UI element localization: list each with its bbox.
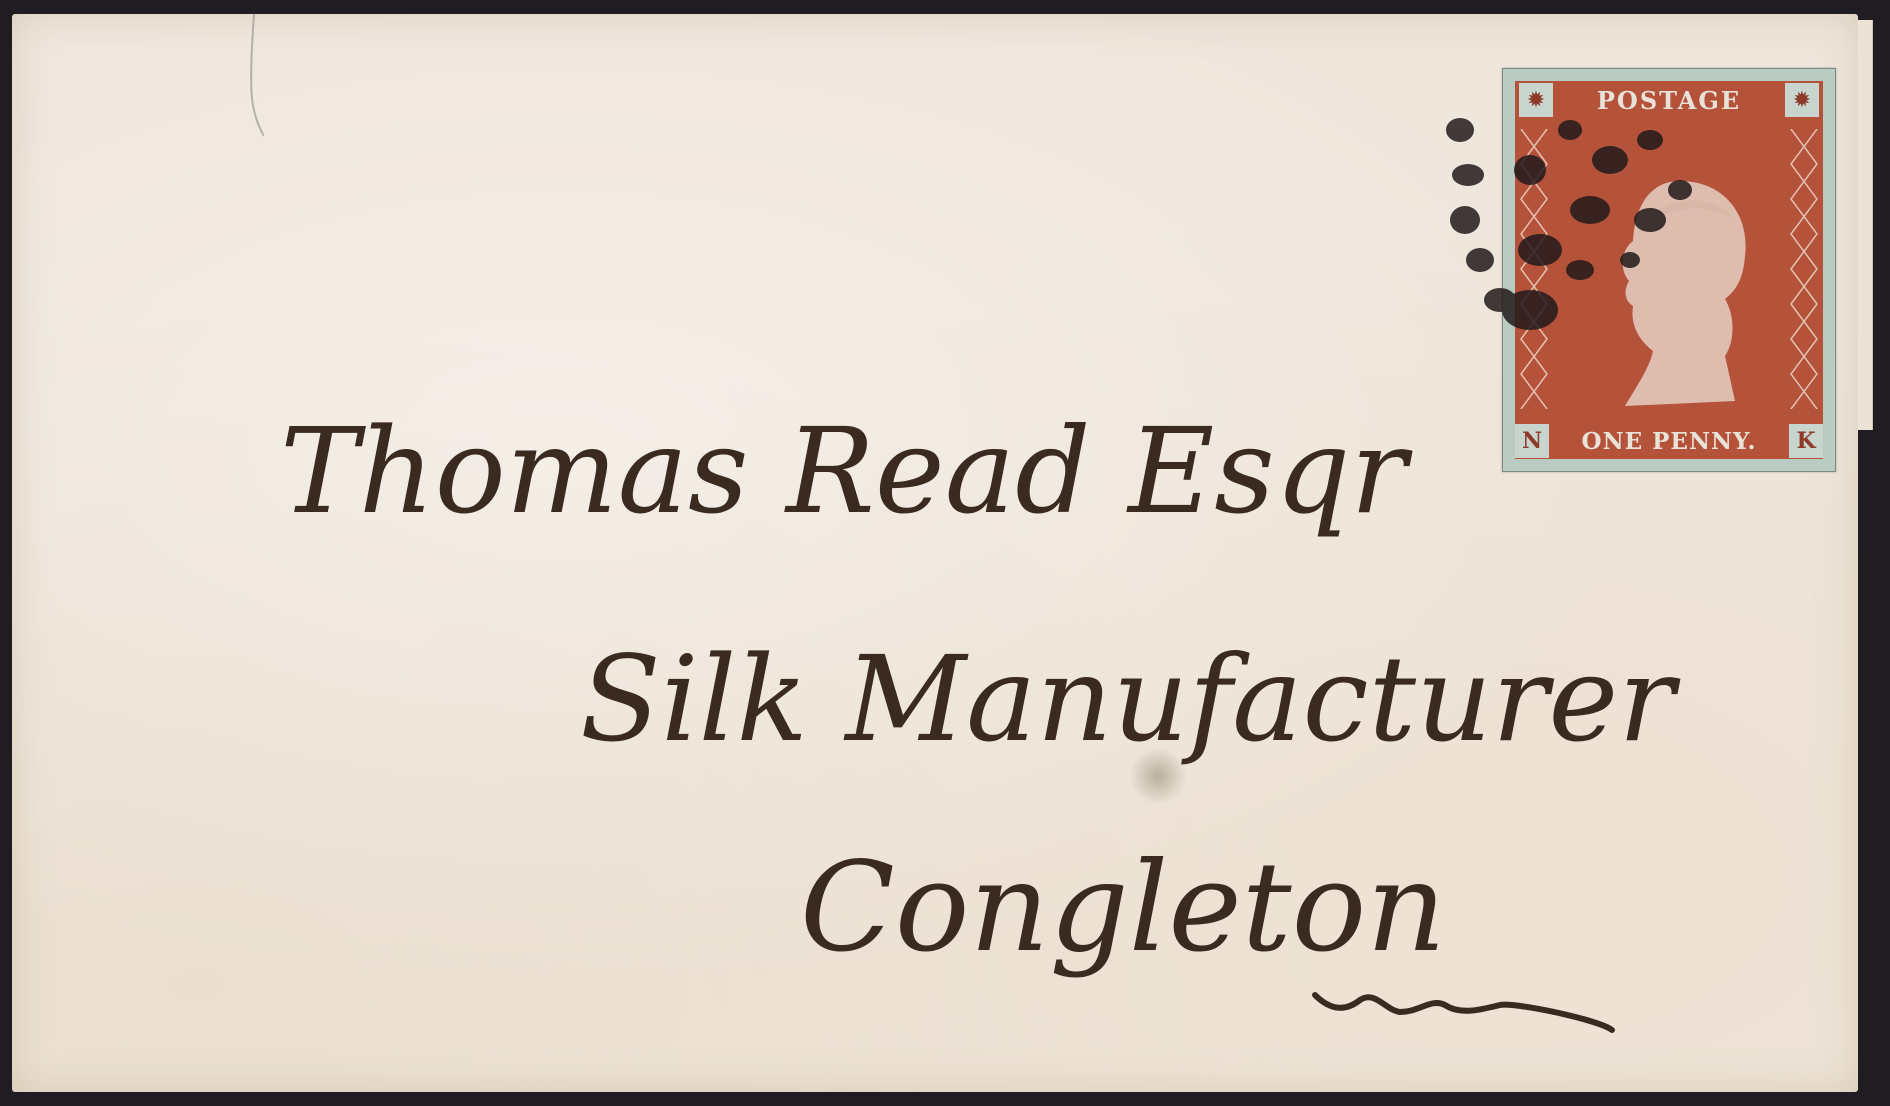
address-line-2: Silk Manufacturer <box>580 630 1681 768</box>
address-line-3: Congleton <box>800 836 1446 980</box>
address-line-1: Thomas Read Esqr <box>280 402 1413 540</box>
flourish-underline <box>1315 995 1612 1030</box>
handwritten-address: Thomas Read Esqr Silk Manufacturer Congl… <box>0 0 1890 1106</box>
